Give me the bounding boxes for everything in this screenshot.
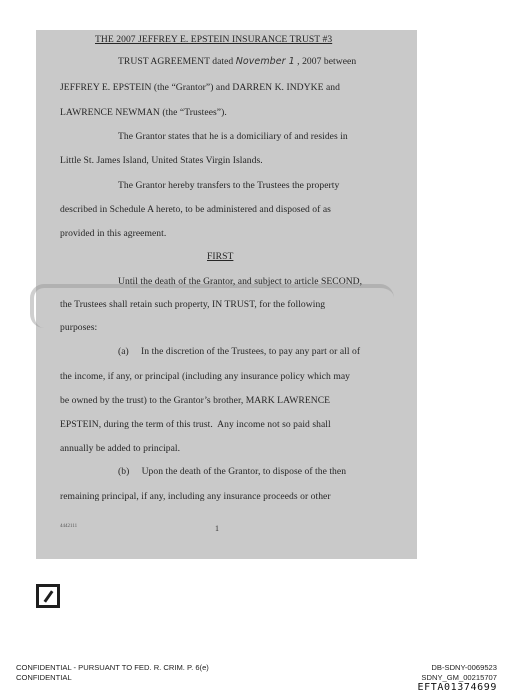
document-line-18: remaining principal, if any, including a… — [60, 491, 331, 502]
document-id-small: 4442111 — [60, 524, 77, 529]
document-line-11: purposes: — [60, 322, 97, 333]
document-line-4: The Grantor states that he is a domicili… — [118, 131, 348, 142]
text-fragment: TRUST AGREEMENT dated — [118, 56, 236, 67]
document-line-7: described in Schedule A hereto, to be ad… — [60, 204, 331, 215]
footer-confidential-notice: CONFIDENTIAL - PURSUANT TO FED. R. CRIM.… — [16, 663, 209, 672]
document-title: THE 2007 JEFFREY E. EPSTEIN INSURANCE TR… — [95, 34, 332, 45]
document-line-8: provided in this agreement. — [60, 228, 166, 239]
document-line-17: (b) Upon the death of the Grantor, to di… — [118, 466, 346, 477]
section-heading-first: FIRST — [207, 251, 233, 262]
logo-slash — [44, 590, 54, 602]
document-line-5: Little St. James Island, United States V… — [60, 155, 263, 166]
document-line-3: LAWRENCE NEWMAN (the “Trustees”). — [60, 107, 227, 118]
footer-confidential: CONFIDENTIAL — [16, 673, 72, 682]
deutsche-bank-logo-icon — [36, 584, 60, 608]
handwritten-date: November 1 — [236, 56, 295, 67]
document-line-15: EPSTEIN, during the term of this trust. … — [60, 419, 331, 430]
document-line-10: the Trustees shall retain such property,… — [60, 299, 325, 310]
document-line-9: Until the death of the Grantor, and subj… — [118, 276, 362, 287]
document-line-13: the income, if any, or principal (includ… — [60, 371, 350, 382]
document-line-1: TRUST AGREEMENT dated November 1 , 2007 … — [118, 56, 356, 67]
document-line-16: annually be added to principal. — [60, 443, 180, 454]
document-line-12: (a) In the discretion of the Trustees, t… — [118, 346, 360, 357]
footer-bates-efta: EFTA01374699 — [418, 682, 497, 693]
text-fragment: , 2007 between — [295, 56, 357, 67]
footer-bates-db: DB-SDNY-0069523 — [431, 663, 497, 672]
document-line-14: be owned by the trust) to the Grantor’s … — [60, 395, 330, 406]
document-line-2: JEFFREY E. EPSTEIN (the “Grantor”) and D… — [60, 82, 340, 93]
document-line-6: The Grantor hereby transfers to the Trus… — [118, 180, 339, 191]
page-number: 1 — [215, 524, 219, 533]
footer-bates-sdny: SDNY_GM_00215707 — [421, 673, 497, 682]
